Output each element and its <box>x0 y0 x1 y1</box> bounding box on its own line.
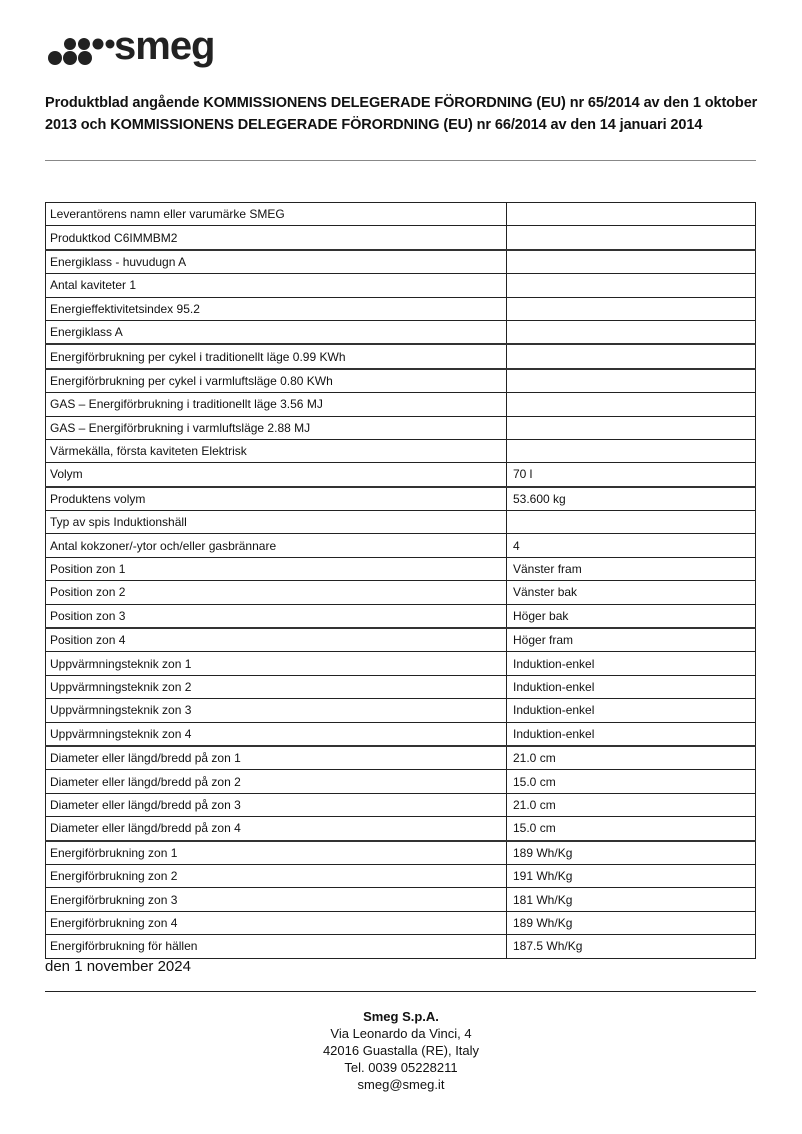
table-row: Energiförbrukning per cykel i varmluftsl… <box>46 369 756 393</box>
table-row: Uppvärmningsteknik zon 2Induktion-enkel <box>46 675 756 698</box>
table-row: GAS – Energiförbrukning i traditionellt … <box>46 393 756 416</box>
row-label: Position zon 2 <box>46 581 507 604</box>
row-label: Leverantörens namn eller varumärke SMEG <box>46 203 507 226</box>
document-title: Produktblad angående KOMMISSIONENS DELEG… <box>45 92 760 136</box>
row-label: Antal kaviteter 1 <box>46 274 507 297</box>
row-value: 189 Wh/Kg <box>507 841 756 865</box>
row-value <box>507 226 756 250</box>
divider <box>45 160 756 161</box>
company-name: Smeg S.p.A. <box>0 1008 802 1025</box>
table-row: Leverantörens namn eller varumärke SMEG <box>46 203 756 226</box>
row-value: 15.0 cm <box>507 817 756 841</box>
table-row: Energiförbrukning zon 3181 Wh/Kg <box>46 888 756 911</box>
email: smeg@smeg.it <box>0 1076 802 1093</box>
row-label: Diameter eller längd/bredd på zon 1 <box>46 746 507 770</box>
table-row: Uppvärmningsteknik zon 3Induktion-enkel <box>46 699 756 722</box>
row-value: Vänster bak <box>507 581 756 604</box>
row-value <box>507 416 756 439</box>
table-row: Position zon 3Höger bak <box>46 604 756 628</box>
row-value: 21.0 cm <box>507 746 756 770</box>
table-row: Produktkod C6IMMBM2 <box>46 226 756 250</box>
table-row: Energiklass - huvudugn A <box>46 250 756 274</box>
row-value: Induktion-enkel <box>507 722 756 746</box>
row-value: 21.0 cm <box>507 793 756 816</box>
footer: Smeg S.p.A. Via Leonardo da Vinci, 4 420… <box>0 1008 802 1093</box>
smeg-dots-logo-icon: smeg <box>46 26 246 72</box>
row-label: GAS – Energiförbrukning i varmluftsläge … <box>46 416 507 439</box>
address-line-2: 42016 Guastalla (RE), Italy <box>0 1042 802 1059</box>
row-label: Energiförbrukning zon 2 <box>46 864 507 887</box>
row-value <box>507 297 756 320</box>
table-row: Volym70 l <box>46 463 756 487</box>
table-row: Position zon 1Vänster fram <box>46 557 756 580</box>
row-label: Diameter eller längd/bredd på zon 4 <box>46 817 507 841</box>
smeg-logo: smeg <box>46 26 246 72</box>
table-row: Diameter eller längd/bredd på zon 415.0 … <box>46 817 756 841</box>
row-value <box>507 274 756 297</box>
table-row: GAS – Energiförbrukning i varmluftsläge … <box>46 416 756 439</box>
table-row: Position zon 2Vänster bak <box>46 581 756 604</box>
row-value: 191 Wh/Kg <box>507 864 756 887</box>
row-value <box>507 511 756 534</box>
address-line-1: Via Leonardo da Vinci, 4 <box>0 1025 802 1042</box>
table-row: Position zon 4Höger fram <box>46 628 756 652</box>
row-value: 53.600 kg <box>507 487 756 511</box>
table-row: Energiförbrukning zon 4189 Wh/Kg <box>46 911 756 934</box>
table-row: Diameter eller längd/bredd på zon 121.0 … <box>46 746 756 770</box>
row-label: Position zon 4 <box>46 628 507 652</box>
row-label: GAS – Energiförbrukning i traditionellt … <box>46 393 507 416</box>
document-date: den 1 november 2024 <box>45 958 191 975</box>
table-row: Antal kokzoner/-ytor och/eller gasbränna… <box>46 534 756 557</box>
table-row: Värmekälla, första kaviteten Elektrisk <box>46 439 756 462</box>
row-value: 15.0 cm <box>507 770 756 793</box>
row-label: Energiförbrukning för hällen <box>46 935 507 958</box>
row-value: Induktion-enkel <box>507 699 756 722</box>
row-value: Höger bak <box>507 604 756 628</box>
row-label: Energiförbrukning zon 1 <box>46 841 507 865</box>
row-value: 70 l <box>507 463 756 487</box>
row-label: Typ av spis Induktionshäll <box>46 511 507 534</box>
row-value: 181 Wh/Kg <box>507 888 756 911</box>
row-label: Position zon 3 <box>46 604 507 628</box>
table-row: Diameter eller längd/bredd på zon 215.0 … <box>46 770 756 793</box>
row-value <box>507 439 756 462</box>
row-value <box>507 203 756 226</box>
row-value <box>507 369 756 393</box>
row-value: Induktion-enkel <box>507 675 756 698</box>
row-label: Volym <box>46 463 507 487</box>
row-value <box>507 393 756 416</box>
row-value: 4 <box>507 534 756 557</box>
table-row: Antal kaviteter 1 <box>46 274 756 297</box>
row-label: Energiklass A <box>46 320 507 344</box>
row-label: Uppvärmningsteknik zon 4 <box>46 722 507 746</box>
table-row: Energiklass A <box>46 320 756 344</box>
table-row: Energiförbrukning zon 2191 Wh/Kg <box>46 864 756 887</box>
row-label: Produktkod C6IMMBM2 <box>46 226 507 250</box>
row-label: Uppvärmningsteknik zon 2 <box>46 675 507 698</box>
logo-text: smeg <box>114 26 215 68</box>
row-label: Uppvärmningsteknik zon 1 <box>46 652 507 675</box>
table-row: Uppvärmningsteknik zon 1Induktion-enkel <box>46 652 756 675</box>
table-row: Energiförbrukning zon 1189 Wh/Kg <box>46 841 756 865</box>
row-value: Höger fram <box>507 628 756 652</box>
table-row: Typ av spis Induktionshäll <box>46 511 756 534</box>
table-row: Diameter eller längd/bredd på zon 321.0 … <box>46 793 756 816</box>
row-label: Position zon 1 <box>46 557 507 580</box>
table-row: Uppvärmningsteknik zon 4Induktion-enkel <box>46 722 756 746</box>
phone: Tel. 0039 05228211 <box>0 1059 802 1076</box>
product-spec-table: Leverantörens namn eller varumärke SMEGP… <box>45 202 756 959</box>
row-label: Energieffektivitetsindex 95.2 <box>46 297 507 320</box>
row-label: Energiförbrukning per cykel i traditione… <box>46 344 507 368</box>
row-label: Diameter eller längd/bredd på zon 3 <box>46 793 507 816</box>
row-value <box>507 320 756 344</box>
table-row: Energieffektivitetsindex 95.2 <box>46 297 756 320</box>
row-value: Induktion-enkel <box>507 652 756 675</box>
row-value: 189 Wh/Kg <box>507 911 756 934</box>
row-label: Antal kokzoner/-ytor och/eller gasbränna… <box>46 534 507 557</box>
row-label: Energiförbrukning zon 3 <box>46 888 507 911</box>
row-label: Energiklass - huvudugn A <box>46 250 507 274</box>
row-label: Diameter eller längd/bredd på zon 2 <box>46 770 507 793</box>
row-label: Produktens volym <box>46 487 507 511</box>
row-label: Värmekälla, första kaviteten Elektrisk <box>46 439 507 462</box>
table-row: Energiförbrukning per cykel i traditione… <box>46 344 756 368</box>
row-value: 187.5 Wh/Kg <box>507 935 756 958</box>
row-value: Vänster fram <box>507 557 756 580</box>
row-label: Energiförbrukning zon 4 <box>46 911 507 934</box>
row-label: Uppvärmningsteknik zon 3 <box>46 699 507 722</box>
table-row: Produktens volym53.600 kg <box>46 487 756 511</box>
row-value <box>507 250 756 274</box>
row-value <box>507 344 756 368</box>
table-row: Energiförbrukning för hällen187.5 Wh/Kg <box>46 935 756 958</box>
row-label: Energiförbrukning per cykel i varmluftsl… <box>46 369 507 393</box>
divider <box>45 991 756 992</box>
